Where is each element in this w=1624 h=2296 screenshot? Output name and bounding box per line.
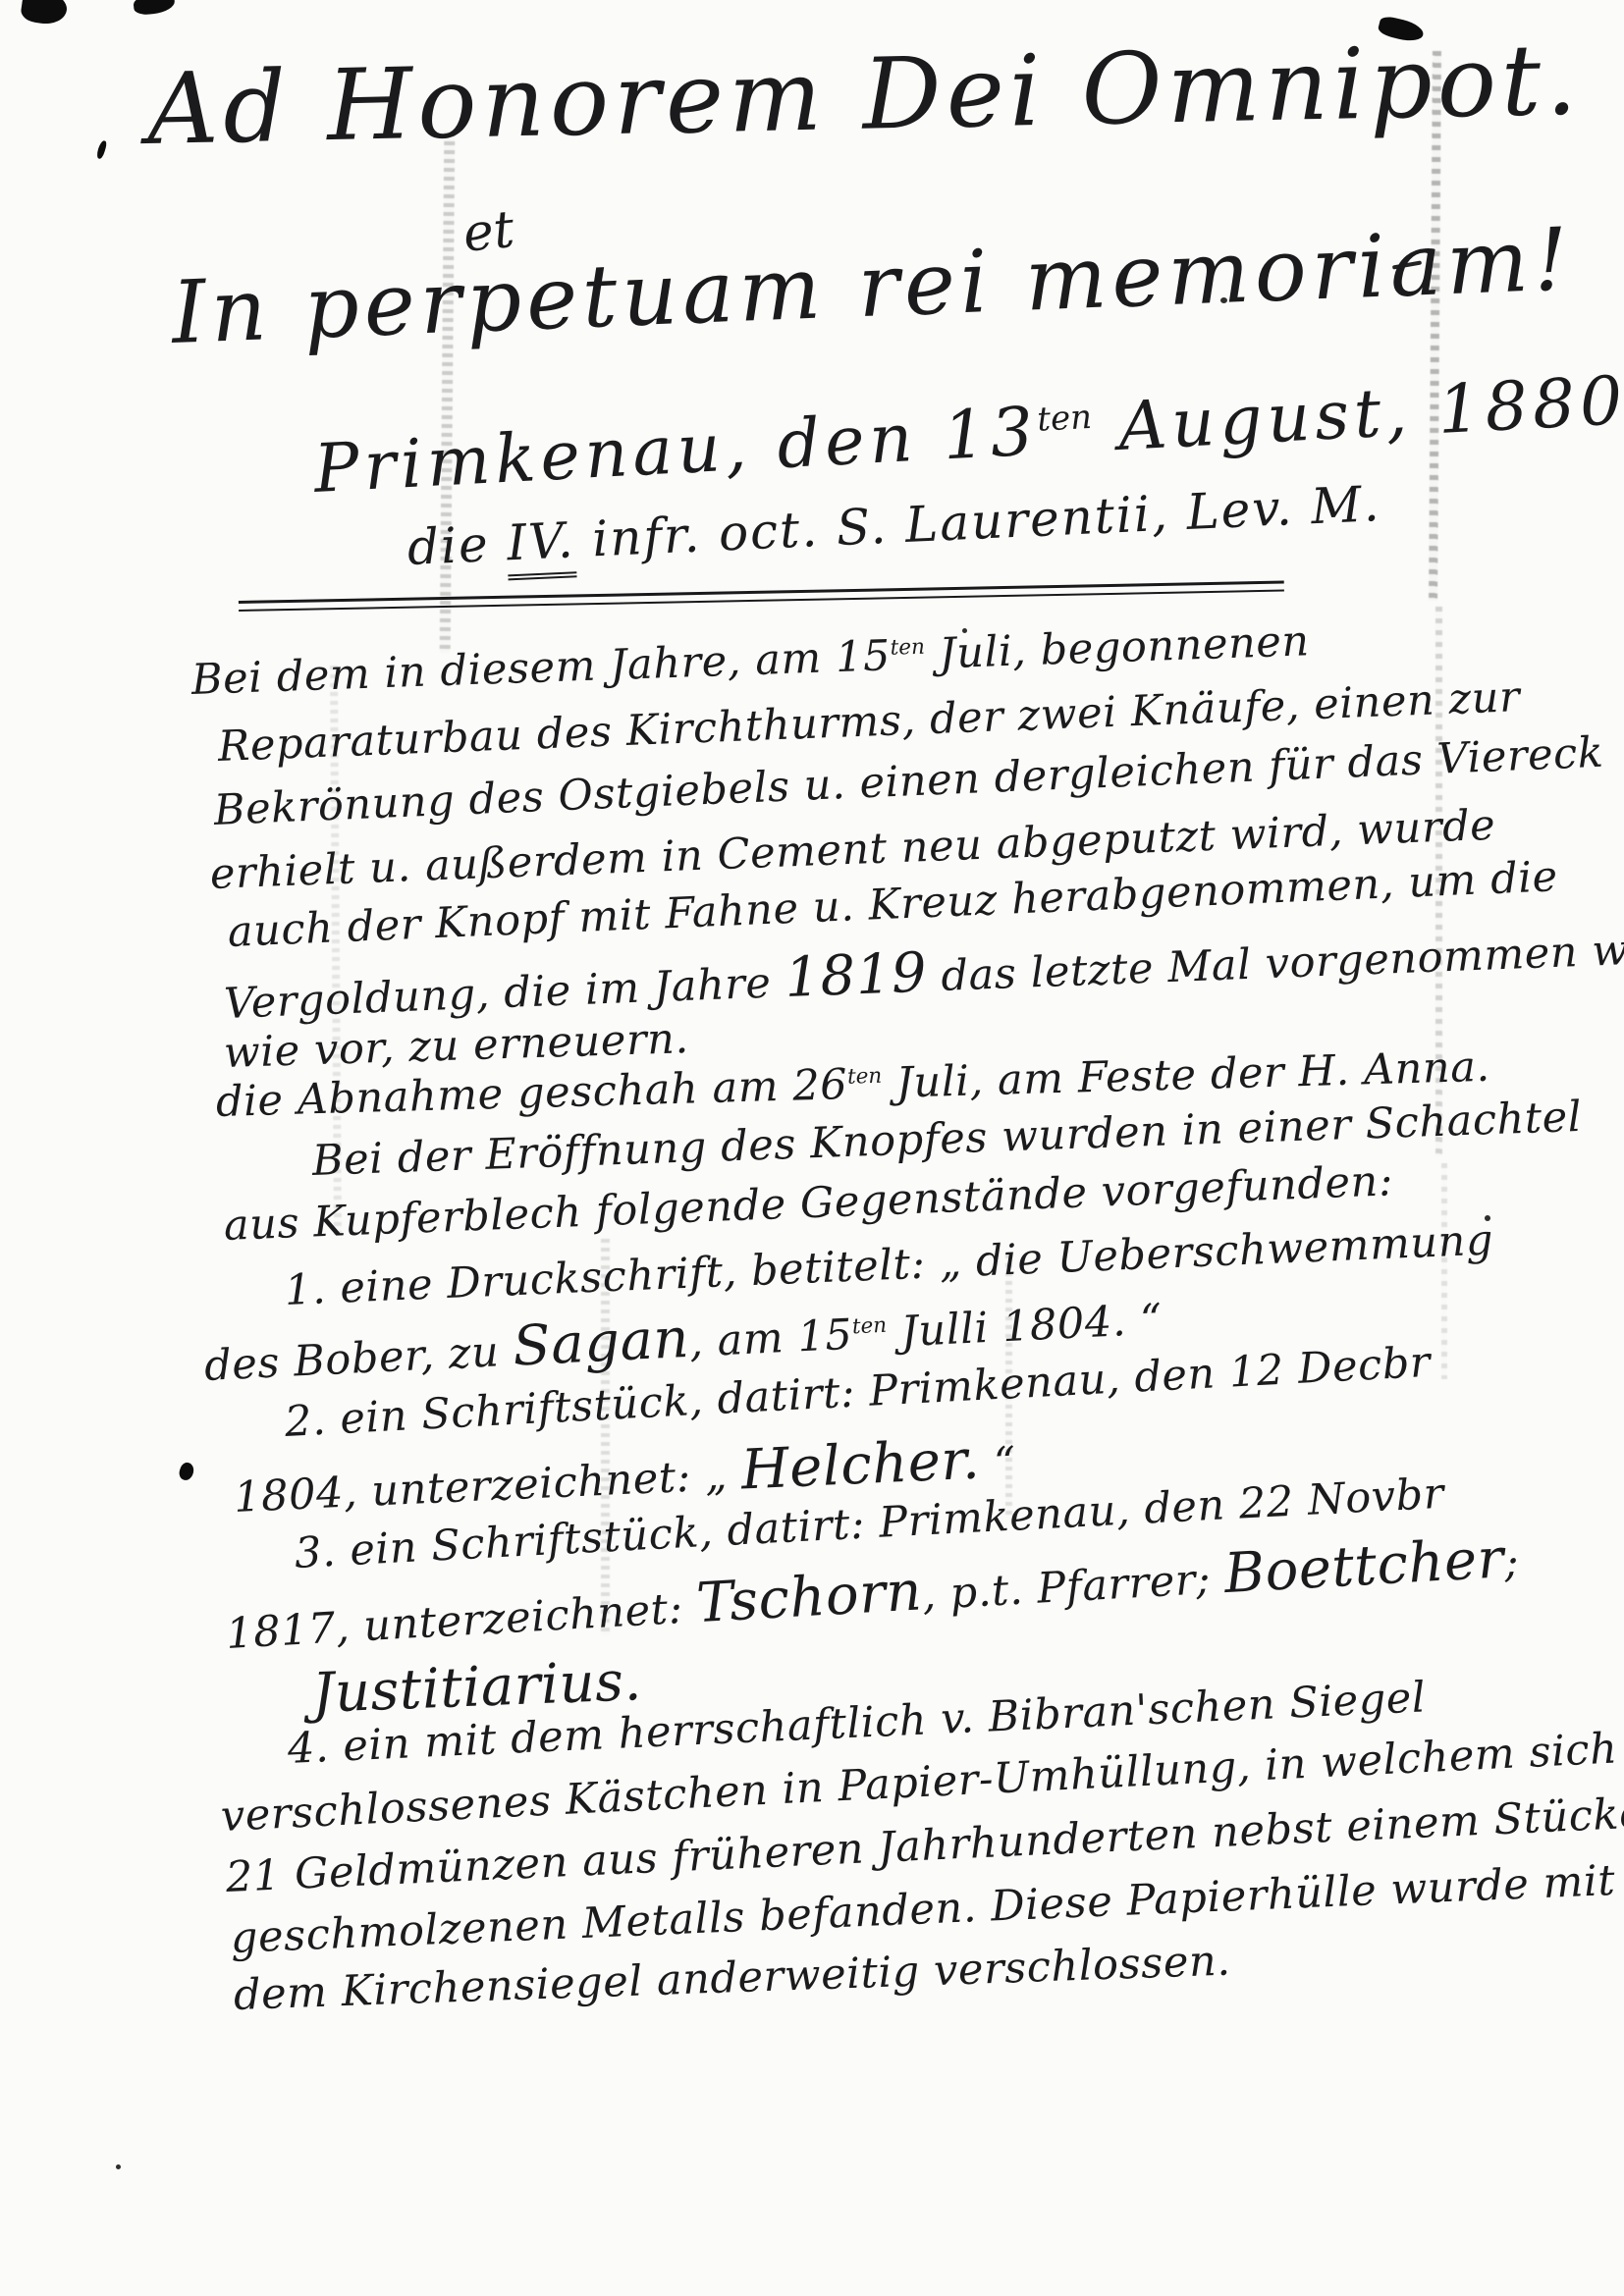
fold-crease-right-bottom (1441, 1163, 1447, 1379)
date-line: Primkenau, den 13ten August, 1880. (312, 360, 1624, 510)
ink-comma-left-edge (96, 139, 108, 159)
ink-blot-left-margin (177, 1461, 195, 1482)
divider-double-rule (239, 581, 1284, 612)
scan-speck (116, 2164, 121, 2169)
manuscript-page: Ad Honorem Dei Omnipot. et In perpetuam … (0, 0, 1624, 2296)
ink-blot-top-left-2 (133, 0, 176, 16)
title-line-dedication: Ad Honorem Dei Omnipot. (146, 21, 1583, 169)
ink-blot-top-left-1 (20, 0, 69, 27)
title-line-memoriam: In perpetuam rei memoriam! (170, 207, 1575, 364)
